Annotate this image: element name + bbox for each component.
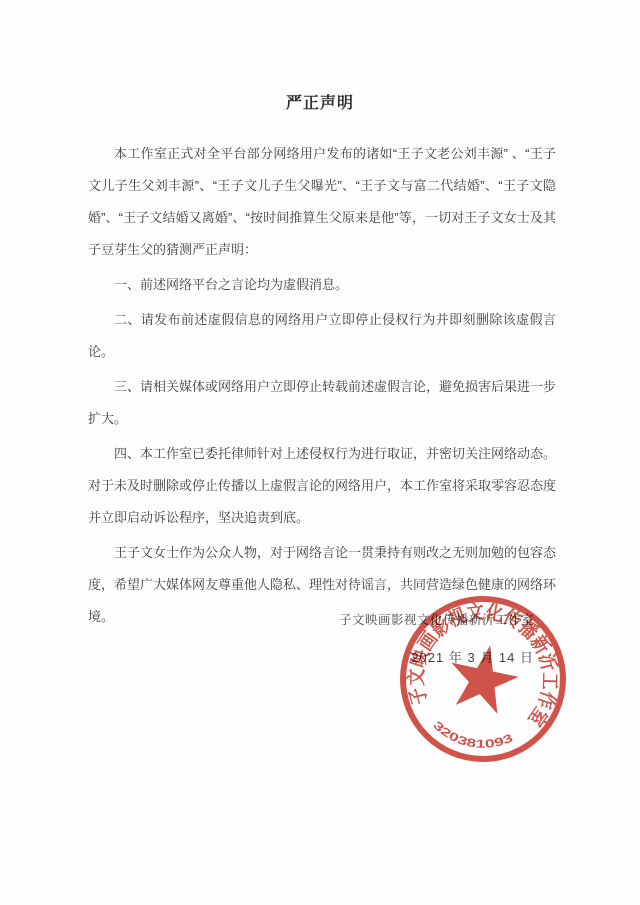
statement-page: 严正声明 本工作室正式对全平台部分网络用户发布的诸如“王子文老公刘丰源” 、“王… — [0, 0, 640, 905]
signature-block: 子文映画影视文化传播新沂工作室 2021 年 3 月 14 日 — [339, 602, 534, 677]
signature-date: 2021 年 3 月 14 日 — [339, 639, 534, 677]
page-title: 严正声明 — [0, 90, 640, 113]
paragraph-intro: 本工作室正式对全平台部分网络用户发布的诸如“王子文老公刘丰源” 、“王子文儿子生… — [88, 138, 556, 266]
signature-company: 子文映画影视文化传播新沂工作室 — [339, 602, 534, 639]
statement-body: 本工作室正式对全平台部分网络用户发布的诸如“王子文老公刘丰源” 、“王子文儿子生… — [88, 138, 556, 636]
paragraph-item-1: 一、前述网络平台之言论均为虚假消息。 — [88, 269, 556, 301]
paragraph-item-2: 二、请发布前述虚假信息的网络用户立即停止侵权行为并即刻删除该虚假言论。 — [88, 304, 556, 368]
paragraph-item-4: 四、本工作室已委托律师针对上述侵权行为进行取证，并密切关注网络动态。对于未及时删… — [88, 438, 556, 534]
paragraph-item-3: 三、请相关媒体或网络用户立即停止转载前述虚假言论，避免损害后果进一步扩大。 — [88, 371, 556, 435]
